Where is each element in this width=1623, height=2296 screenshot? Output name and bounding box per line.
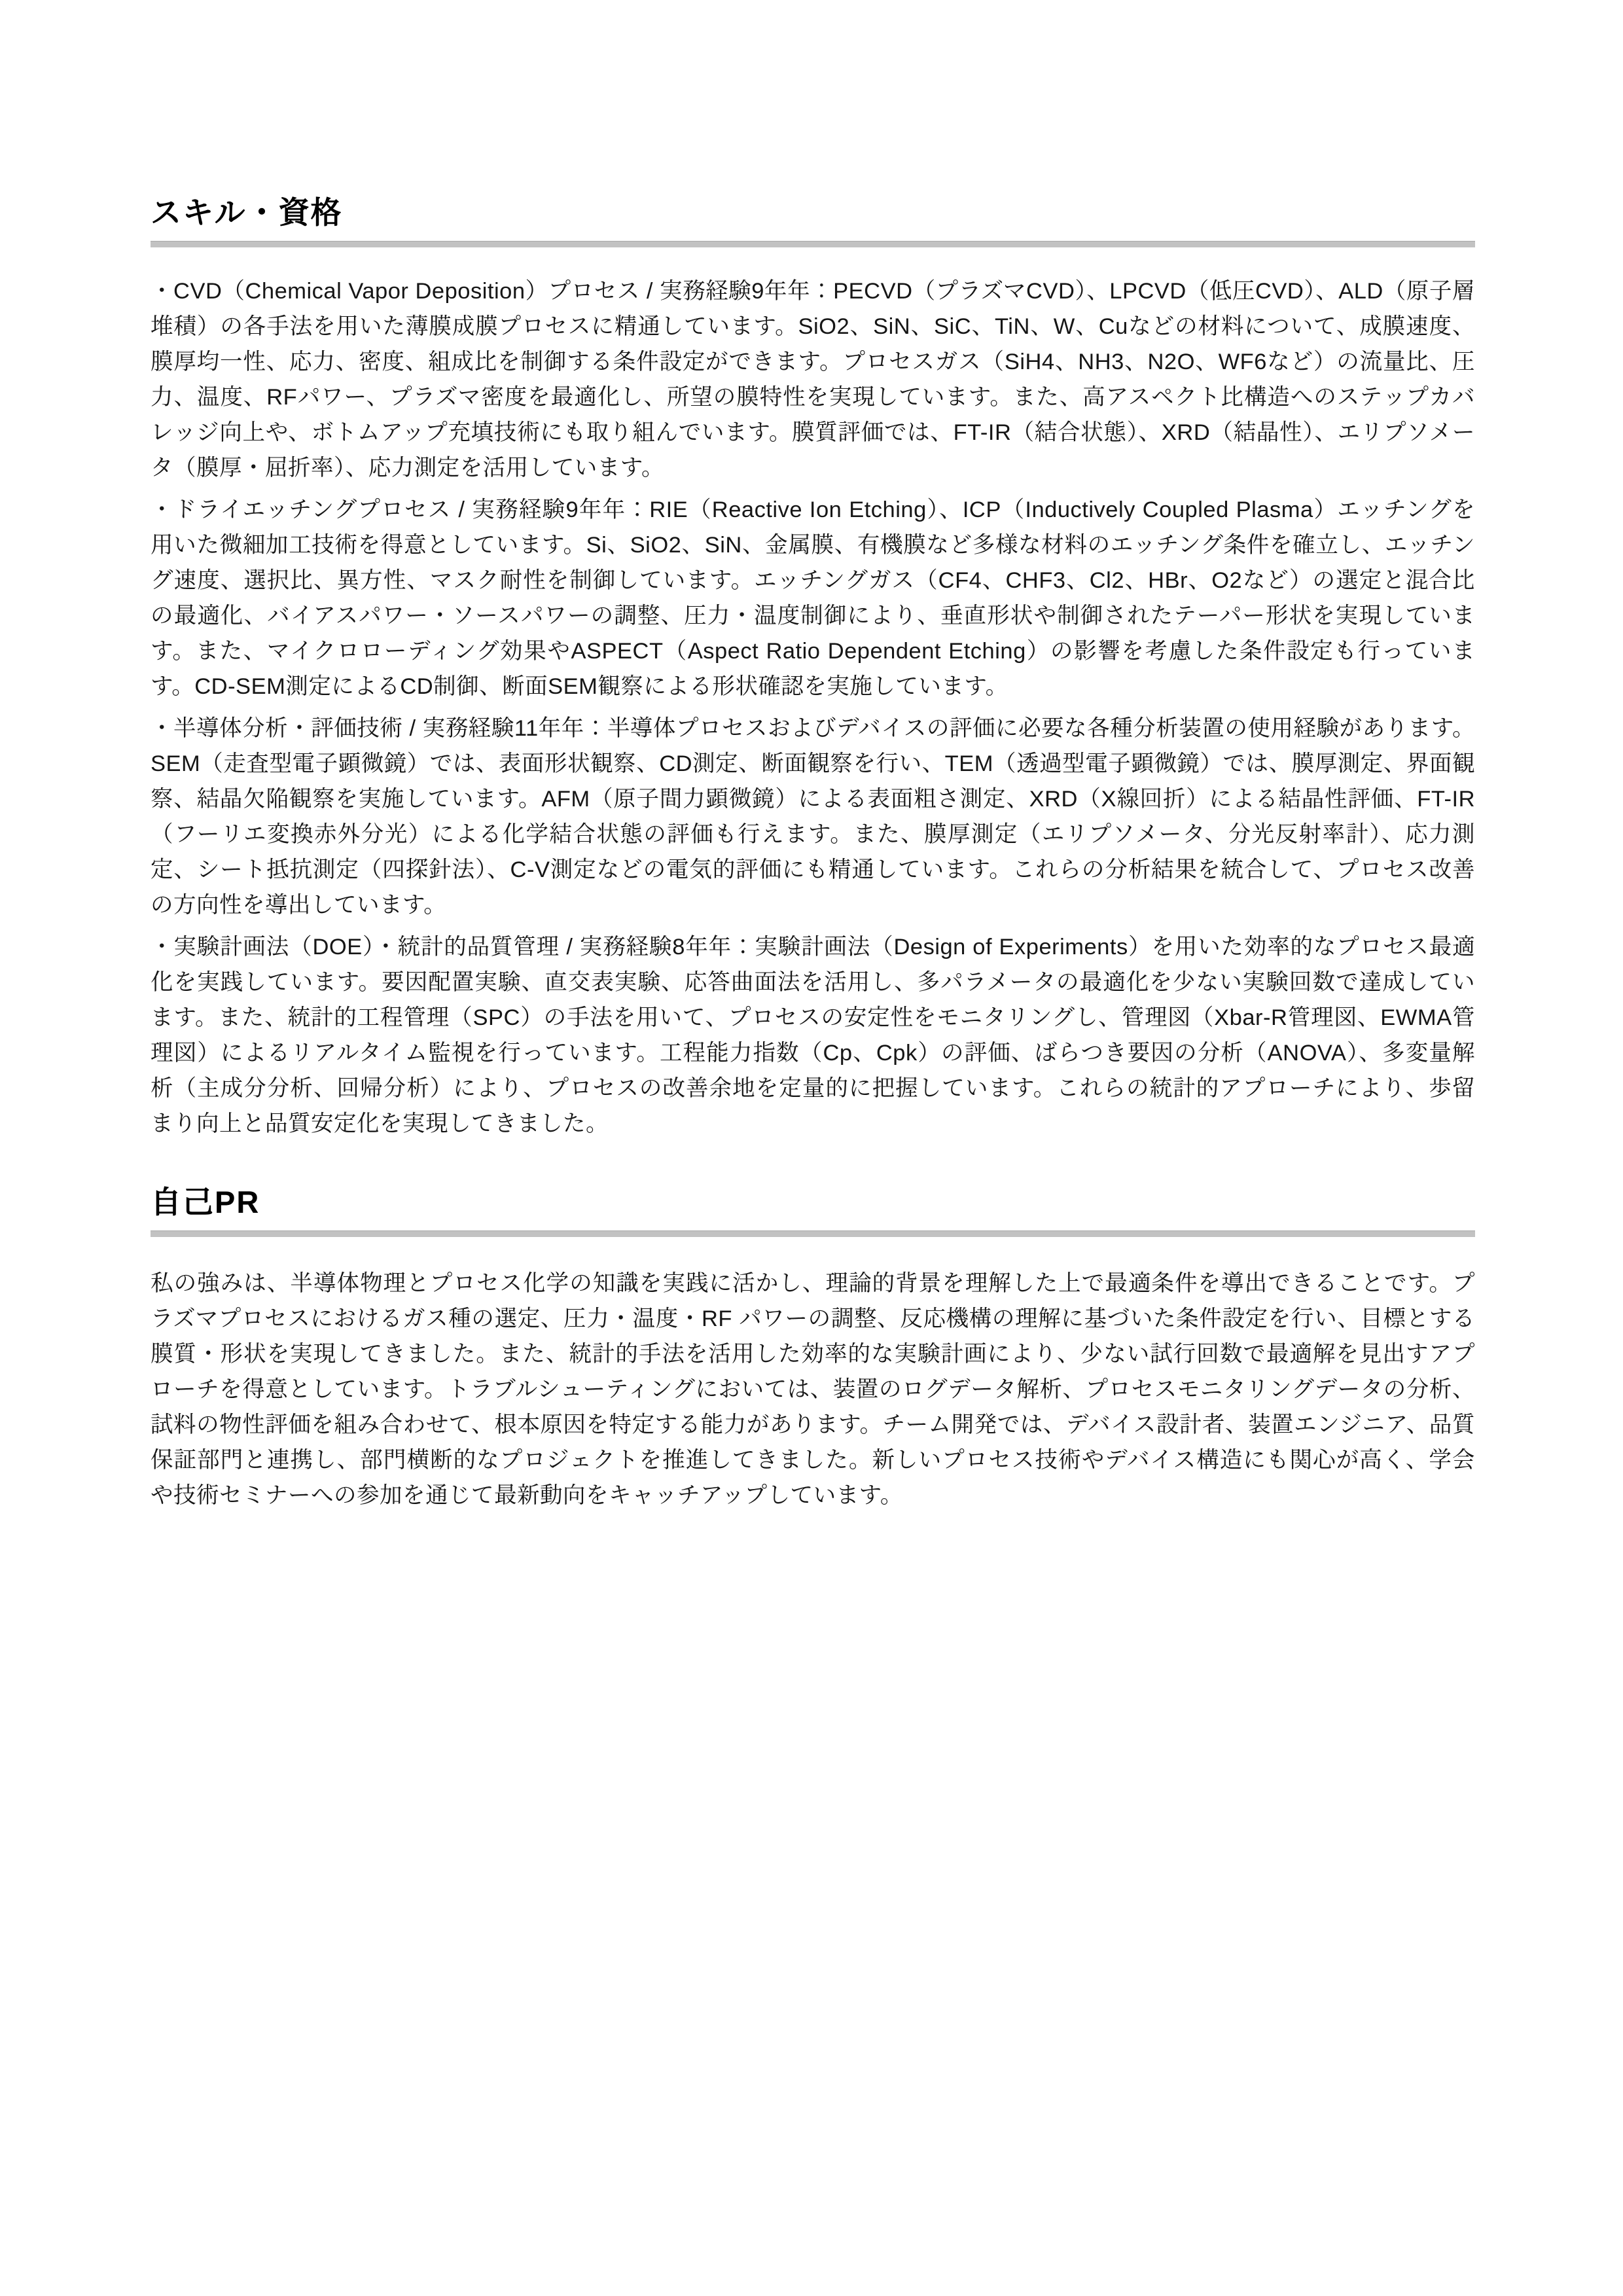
section-skills: スキル・資格 ・CVD（Chemical Vapor Deposition）プロ…: [151, 195, 1475, 1141]
self-pr-section-heading: 自己PR: [151, 1185, 1475, 1220]
skills-section-heading: スキル・資格: [151, 195, 1475, 230]
section-self-pr: 自己PR 私の強みは、半導体物理とプロセス化学の知識を実践に活かし、理論的背景を…: [151, 1185, 1475, 1513]
section-divider: [151, 241, 1475, 247]
page-content: スキル・資格 ・CVD（Chemical Vapor Deposition）プロ…: [151, 0, 1475, 1520]
section-divider: [151, 1230, 1475, 1237]
skill-paragraph-analysis: ・半導体分析・評価技術 / 実務経験11年年：半導体プロセスおよびデバイスの評価…: [151, 711, 1475, 923]
skill-paragraph-doe-spc: ・実験計画法（DOE）・統計的品質管理 / 実務経験8年年：実験計画法（Desi…: [151, 929, 1475, 1141]
skill-paragraph-cvd: ・CVD（Chemical Vapor Deposition）プロセス / 実務…: [151, 274, 1475, 486]
resume-page: スキル・資格 ・CVD（Chemical Vapor Deposition）プロ…: [0, 0, 1623, 2296]
self-pr-paragraph: 私の強みは、半導体物理とプロセス化学の知識を実践に活かし、理論的背景を理解した上…: [151, 1266, 1475, 1513]
skill-paragraph-dry-etching: ・ドライエッチングプロセス / 実務経験9年年：RIE（Reactive Ion…: [151, 492, 1475, 704]
